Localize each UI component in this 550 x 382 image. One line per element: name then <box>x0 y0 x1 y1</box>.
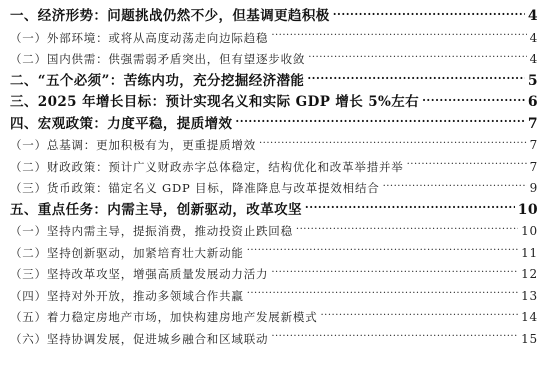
toc-dot-leader <box>271 30 526 42</box>
toc-dot-leader <box>235 114 524 128</box>
toc-page-number: 14 <box>521 307 538 329</box>
toc-entry-title: 一、经济形势：问题挑战仍然不少，但基调更趋积极 <box>10 6 330 28</box>
toc-page-number: 7 <box>530 157 538 179</box>
toc-entry-title: （五）着力稳定房地产市场，加快构建房地产发展新模式 <box>10 307 318 329</box>
toc-page-number: 7 <box>528 114 538 136</box>
toc-entry-section-2[interactable]: 二、“五个必须”：苦练内功，充分挖掘经济潜能 5 <box>10 71 538 93</box>
toc-page-number: 6 <box>528 92 538 114</box>
toc-entry-section-3[interactable]: 三、2025 年增长目标：预计实现名义和实际 GDP 增长 5%左右 6 <box>10 92 538 114</box>
toc-entry-title: （一）坚持内需主导，提振消费，推动投资止跌回稳 <box>10 221 293 243</box>
toc-page-number: 7 <box>530 135 538 157</box>
toc-entry-section-5-1[interactable]: （一）坚持内需主导，提振消费，推动投资止跌回稳 10 <box>10 221 538 243</box>
toc-entry-title: （三）货币政策：锚定名义 GDP 目标，降准降息与改革提效相结合 <box>10 178 380 200</box>
toc-entry-section-5-6[interactable]: （六）坚持协调发展，促进城乡融合和区域联动 15 <box>10 329 538 351</box>
toc-entry-title: （三）坚持改革攻坚，增强高质量发展动力活力 <box>10 264 268 286</box>
toc-entry-section-4-1[interactable]: （一）总基调：更加积极有为，更重提质增效 7 <box>10 135 538 157</box>
toc-entry-title: （六）坚持协调发展，促进城乡融合和区域联动 <box>10 329 268 351</box>
toc-dot-leader <box>383 181 527 193</box>
toc-entry-title: （一）外部环境：或将从高度动荡走向边际趋稳 <box>10 28 268 50</box>
toc-entry-title: 三、2025 年增长目标：预计实现名义和实际 GDP 增长 5%左右 <box>10 92 419 114</box>
toc-dot-leader <box>321 310 519 322</box>
toc-dot-leader <box>259 138 527 150</box>
table-of-contents: 一、经济形势：问题挑战仍然不少，但基调更趋积极 4 （一）外部环境：或将从高度动… <box>10 6 538 350</box>
toc-dot-leader <box>333 7 525 21</box>
toc-page-number: 12 <box>521 264 538 286</box>
toc-dot-leader <box>422 93 525 107</box>
toc-page-number: 9 <box>530 178 538 200</box>
toc-dot-leader <box>247 288 518 300</box>
toc-entry-title: 四、宏观政策：力度平稳，提质增效 <box>10 114 232 136</box>
toc-entry-title: （二）坚持创新驱动，加紧培育壮大新动能 <box>10 243 244 265</box>
toc-entry-title: 二、“五个必须”：苦练内功，充分挖掘经济潜能 <box>10 71 304 93</box>
toc-page-number: 4 <box>530 28 538 50</box>
toc-entry-title: （二）财政政策：预计广义财政赤字总体稳定，结构优化和改革举措并举 <box>10 157 404 179</box>
toc-entry-title: 五、重点任务：内需主导，创新驱动，改革攻坚 <box>10 200 302 222</box>
toc-dot-leader <box>307 71 525 85</box>
toc-dot-leader <box>296 224 518 236</box>
toc-page-number: 5 <box>528 71 538 93</box>
toc-dot-leader <box>247 245 518 257</box>
toc-page-number: 10 <box>518 200 538 222</box>
toc-entry-section-5-4[interactable]: （四）坚持对外开放，推动多领域合作共赢 13 <box>10 286 538 308</box>
toc-dot-leader <box>271 267 518 279</box>
toc-page-number: 15 <box>521 329 538 351</box>
toc-page-number: 11 <box>521 243 538 265</box>
toc-page-number: 4 <box>530 49 538 71</box>
toc-entry-section-1[interactable]: 一、经济形势：问题挑战仍然不少，但基调更趋积极 4 <box>10 6 538 28</box>
toc-dot-leader <box>308 52 526 64</box>
toc-page-number: 10 <box>521 221 538 243</box>
toc-entry-section-5-2[interactable]: （二）坚持创新驱动，加紧培育壮大新动能 11 <box>10 243 538 265</box>
toc-entry-section-5[interactable]: 五、重点任务：内需主导，创新驱动，改革攻坚 10 <box>10 200 538 222</box>
toc-entry-section-1-2[interactable]: （二）国内供需：供强需弱矛盾突出，但有望逐步收敛 4 <box>10 49 538 71</box>
toc-page-number: 13 <box>521 286 538 308</box>
toc-page-number: 4 <box>528 6 538 28</box>
toc-entry-section-4[interactable]: 四、宏观政策：力度平稳，提质增效 7 <box>10 114 538 136</box>
toc-entry-section-1-1[interactable]: （一）外部环境：或将从高度动荡走向边际趋稳 4 <box>10 28 538 50</box>
toc-entry-section-4-3[interactable]: （三）货币政策：锚定名义 GDP 目标，降准降息与改革提效相结合 9 <box>10 178 538 200</box>
toc-dot-leader <box>305 200 515 214</box>
toc-entry-title: （二）国内供需：供强需弱矛盾突出，但有望逐步收敛 <box>10 49 305 71</box>
toc-dot-leader <box>407 159 527 171</box>
toc-entry-section-4-2[interactable]: （二）财政政策：预计广义财政赤字总体稳定，结构优化和改革举措并举 7 <box>10 157 538 179</box>
toc-entry-section-5-5[interactable]: （五）着力稳定房地产市场，加快构建房地产发展新模式 14 <box>10 307 538 329</box>
toc-entry-title: （四）坚持对外开放，推动多领域合作共赢 <box>10 286 244 308</box>
toc-dot-leader <box>271 331 518 343</box>
toc-entry-section-5-3[interactable]: （三）坚持改革攻坚，增强高质量发展动力活力 12 <box>10 264 538 286</box>
toc-entry-title: （一）总基调：更加积极有为，更重提质增效 <box>10 135 256 157</box>
